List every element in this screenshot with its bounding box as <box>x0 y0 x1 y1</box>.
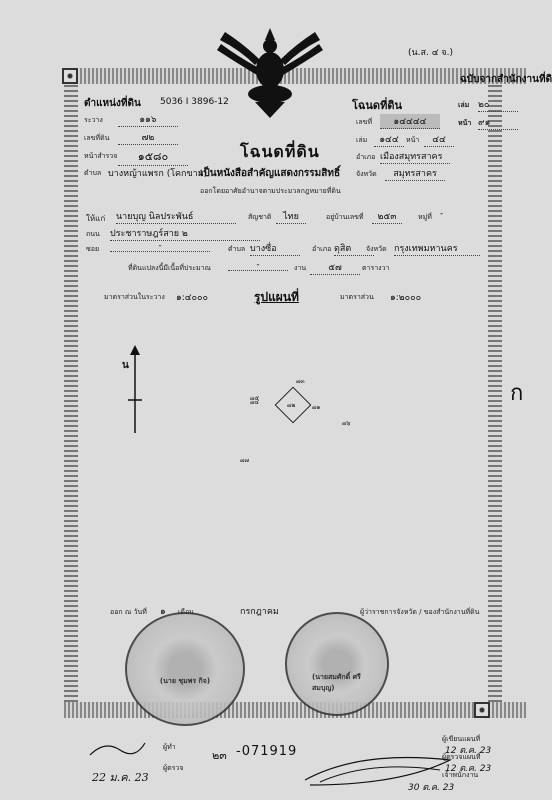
owner-name: นายบุญ นิลประพันธ์ <box>116 209 236 224</box>
north-arrow-icon <box>128 345 142 435</box>
road-label: ถนน <box>86 229 100 240</box>
parcel-position-label: ตำแหน่งที่ดิน <box>84 96 141 111</box>
deed-no-label: เลขที่ <box>356 117 372 128</box>
district-value: เมืองสมุทรสาคร <box>380 149 450 164</box>
serial-number: -071919 <box>236 744 297 759</box>
owner-district-label: อำเภอ <box>312 244 331 255</box>
side-book-value: ๒๐ <box>478 97 518 112</box>
ornamental-border-bottom <box>64 702 526 718</box>
owner-subdistrict-label: ตำบล <box>228 244 245 255</box>
land-title-deed-scan: (น.ส. ๔ จ.) ฉบับจากสำนักงานที่ดิน ตำแหน่… <box>0 0 552 800</box>
office-note: ผู้ว่าราชการจังหวัด / ของสำนักงานที่ดิน <box>360 607 479 618</box>
issue-month: กรกฎาคม <box>240 604 279 618</box>
margin-handwritten-mark: ก <box>510 375 523 410</box>
border-corner-ornament <box>62 68 78 84</box>
form-code: (น.ส. ๔ จ.) <box>408 45 453 59</box>
side-page-value: ๙๑ <box>478 115 518 130</box>
map-title: รูปแผนที่ <box>254 288 299 307</box>
parcel-label: ๗๖ <box>342 418 350 428</box>
survey-scale-value: ๑:๔๐๐๐ <box>176 290 208 304</box>
field-value-land-no: ๗๒ <box>118 130 178 145</box>
moo-value: - <box>440 209 443 219</box>
ornamental-border-right <box>488 84 502 702</box>
field-label-survey-page: หน้าสำรวจ <box>84 151 117 162</box>
north-label: น <box>122 358 129 373</box>
parcel-label: ๗๒ <box>287 400 295 410</box>
official-seal-right: (นายสมศักดิ์ ศรีสมบุญ) <box>285 612 389 716</box>
official-name-right: (นายสมศักดิ์ ศรีสมบุญ) <box>312 672 362 694</box>
road-value: ประชาราษฎร์สาย ๒ <box>110 226 260 241</box>
area-ngan-label: งาน <box>294 263 306 274</box>
made-by-label: ผู้ทำ <box>163 742 176 753</box>
deed-book-label: เล่ม <box>356 135 367 146</box>
field-value-subdistrict: บางหญ้าแพรก (โคกขาม) <box>108 166 207 180</box>
owner-province-label: จังหวัด <box>366 244 387 255</box>
moo-label: หมู่ที่ <box>418 212 432 223</box>
serial-prefix: ๒๓ <box>212 746 227 764</box>
copy-note: ฉบับจากสำนักงานที่ดิน <box>460 72 552 87</box>
map-scale-label: มาตราส่วน <box>340 292 374 303</box>
checked-by-label: ผู้ตรวจ <box>163 763 183 774</box>
signature-scribble <box>300 740 460 790</box>
house-no-value: ๒๕๓ <box>372 209 402 224</box>
parcel-label: ๗๑ <box>312 402 320 412</box>
province-value: สมุทรสาคร <box>385 166 445 181</box>
side-page-label: หน้า <box>458 118 471 129</box>
area-wa-value: ๕๗ <box>310 260 360 275</box>
garuda-emblem-icon <box>215 20 325 120</box>
survey-scale-label: มาตราส่วนในระวาง <box>104 292 165 303</box>
field-value-survey-page: ๑๕๘๐ <box>118 147 188 166</box>
document-subtitle: เป็นหนังสือสำคัญแสดงกรรมสิทธิ์ <box>200 166 340 181</box>
parcel-label: ๗๗ <box>240 455 249 465</box>
given-to-label: ให้แก่ <box>86 212 105 225</box>
parcel-label: ๗๓ <box>296 376 305 386</box>
signature-scribble <box>85 735 155 770</box>
border-corner-ornament <box>474 702 490 718</box>
house-no-label: อยู่บ้านเลขที่ <box>326 212 364 223</box>
issued-note: ออกโดยอาศัยอำนาจตามประมวลกฎหมายที่ดิน <box>200 186 341 197</box>
area-label: ที่ดินแปลงนี้มีเนื้อที่ประมาณ <box>128 263 211 274</box>
deed-page-label: หน้า <box>406 135 419 146</box>
issue-date-label: ออก ณ วันที่ <box>110 607 147 618</box>
field-value-rawang: ๑๑๖ <box>118 112 178 127</box>
district-label: อำเภอ <box>356 152 375 163</box>
province-label: จังหวัด <box>356 169 377 180</box>
deed-book-value: ๑๔๔ <box>374 132 404 147</box>
field-label-subdistrict: ตำบล <box>84 168 101 179</box>
owner-province-value: กรุงเทพมหานคร <box>394 241 480 256</box>
area-wa-label: ตารางวา <box>362 263 389 274</box>
official-seal-left: (นาย ชุมพร กิจ) <box>125 612 245 726</box>
parcel-label: ๗๕ <box>250 393 259 403</box>
soi-label: ซอย <box>86 244 99 255</box>
area-rai-value: - <box>228 260 288 271</box>
owner-subdistrict-value: บางซื่อ <box>250 241 300 256</box>
nationality-value: ไทย <box>276 209 306 224</box>
deed-label: โฉนดที่ดิน <box>352 96 402 114</box>
official-name-left: (นาย ชุมพร กิจ) <box>160 676 210 687</box>
ornamental-border-left <box>64 84 78 702</box>
document-title: โฉนดที่ดิน <box>240 140 320 165</box>
field-label-land-no: เลขที่ดิน <box>84 133 109 144</box>
nationality-label: สัญชาติ <box>248 212 271 223</box>
deed-page-value: ๔๔ <box>424 132 454 147</box>
parcel-position-value: 5036 I 3896-12 <box>160 97 229 107</box>
soi-value: - <box>110 241 210 252</box>
handwritten-date: 22 ม.ค. 23 <box>92 768 149 786</box>
map-scale-value: ๑:๒๐๐๐ <box>390 290 421 304</box>
field-label-rawang: ระวาง <box>84 115 103 126</box>
side-book-label: เล่ม <box>458 100 469 111</box>
deed-no-value: ๑๔๔๔๔ <box>380 114 440 129</box>
